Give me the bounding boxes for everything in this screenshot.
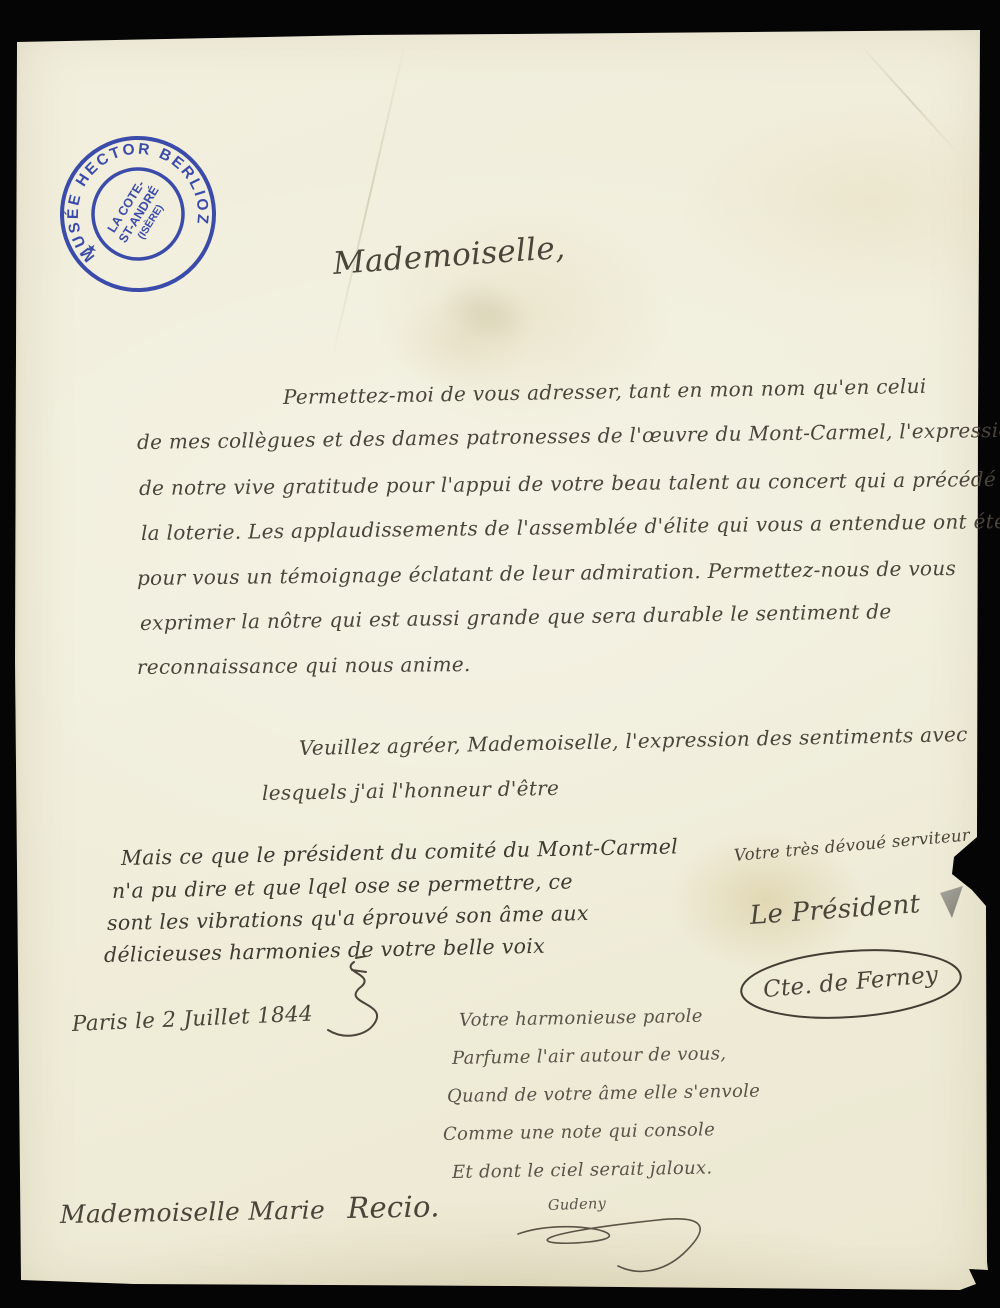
recipient-address: Mademoiselle Marie Recio.	[60, 1189, 440, 1230]
scanned-letter-page: MUSÉE HECTOR BERLIOZ ★ LA COTE- ST-ANDRÉ…	[0, 0, 1000, 1308]
poem-signature-flourish	[498, 1206, 728, 1296]
body-line: reconnaissance qui nous anime.	[137, 652, 471, 679]
paraph-flourish	[312, 956, 392, 1064]
museum-stamp: MUSÉE HECTOR BERLIOZ ★ LA COTE- ST-ANDRÉ…	[49, 125, 227, 303]
poem-line: Votre harmonieuse parole	[459, 1006, 703, 1031]
recipient-surname: Recio.	[347, 1189, 440, 1225]
recipient-prefix: Mademoiselle Marie	[60, 1195, 326, 1229]
